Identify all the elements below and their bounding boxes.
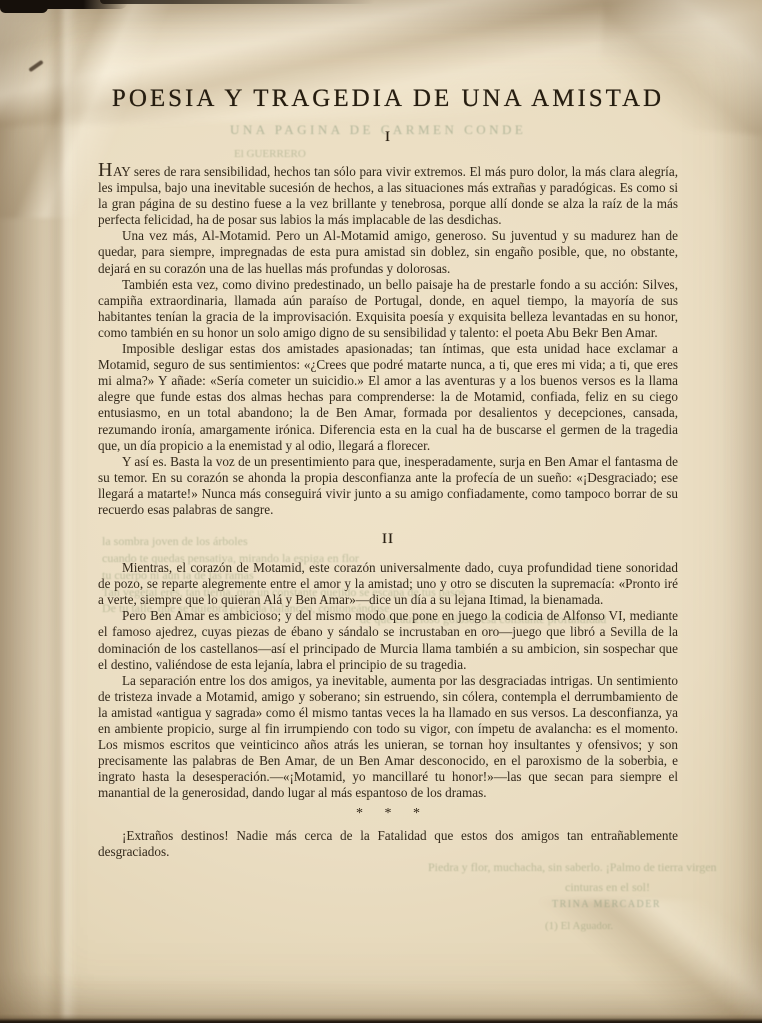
paragraph: La separación entre los dos amigos, ya i… [98, 673, 678, 802]
bleed-through-text: Piedra y flor, muchacha, sin saberlo. ¡P… [428, 860, 717, 875]
scan-edge-bottom [0, 1014, 762, 1023]
asterisk-separator: * * * [98, 806, 678, 822]
paragraph: Mientras, el corazón de Motamid, este co… [98, 560, 678, 608]
scan-edge-top-thin [100, 0, 375, 4]
paragraph: También esta vez, como divino predestina… [98, 277, 678, 341]
lead-smallcaps: AY [113, 164, 130, 179]
page-title: POESIA Y TRAGEDIA DE UNA AMISTAD [112, 84, 664, 114]
scanned-magazine-page: UNA PAGINA DE CARMEN CONDE El GUERRERO l… [0, 0, 762, 1023]
section-heading-2: II [98, 530, 678, 548]
paragraph-text: seres de rara sensibilidad, hechos tan s… [98, 164, 678, 227]
paper-crease-left [46, 0, 78, 1023]
bleed-through-text: cinturas en el sol! [565, 880, 650, 895]
title-row: POESIA Y TRAGEDIA DE UNA AMISTAD [98, 84, 678, 114]
paragraph: Imposible desligar estas dos amistades a… [98, 341, 678, 454]
scan-edge-top [0, 0, 128, 9]
closing-paragraph: ¡Extraños destinos! Nadie más cerca de l… [98, 828, 678, 860]
lead-initial-cap: H [98, 159, 113, 181]
paragraph: Una vez más, Al-Motamid. Pero un Al-Mota… [98, 228, 678, 276]
paragraph: Pero Ben Amar es ambicioso; y del mismo … [98, 608, 678, 672]
paper-crease-bottom-right [540, 900, 762, 1023]
article-body: POESIA Y TRAGEDIA DE UNA AMISTAD I HAY s… [98, 84, 678, 860]
ink-smudge-left-edge [28, 60, 43, 72]
bleed-through-signature: Trina Mercader [552, 899, 661, 910]
section-heading-1: I [98, 128, 678, 146]
scan-edge-top-corner [0, 0, 48, 13]
bleed-through-footnote: (1) El Aguador. [545, 920, 613, 932]
paragraph: HAY seres de rara sensibilidad, hechos t… [98, 160, 678, 228]
paragraph: Y así es. Basta la voz de un presentimie… [98, 454, 678, 518]
